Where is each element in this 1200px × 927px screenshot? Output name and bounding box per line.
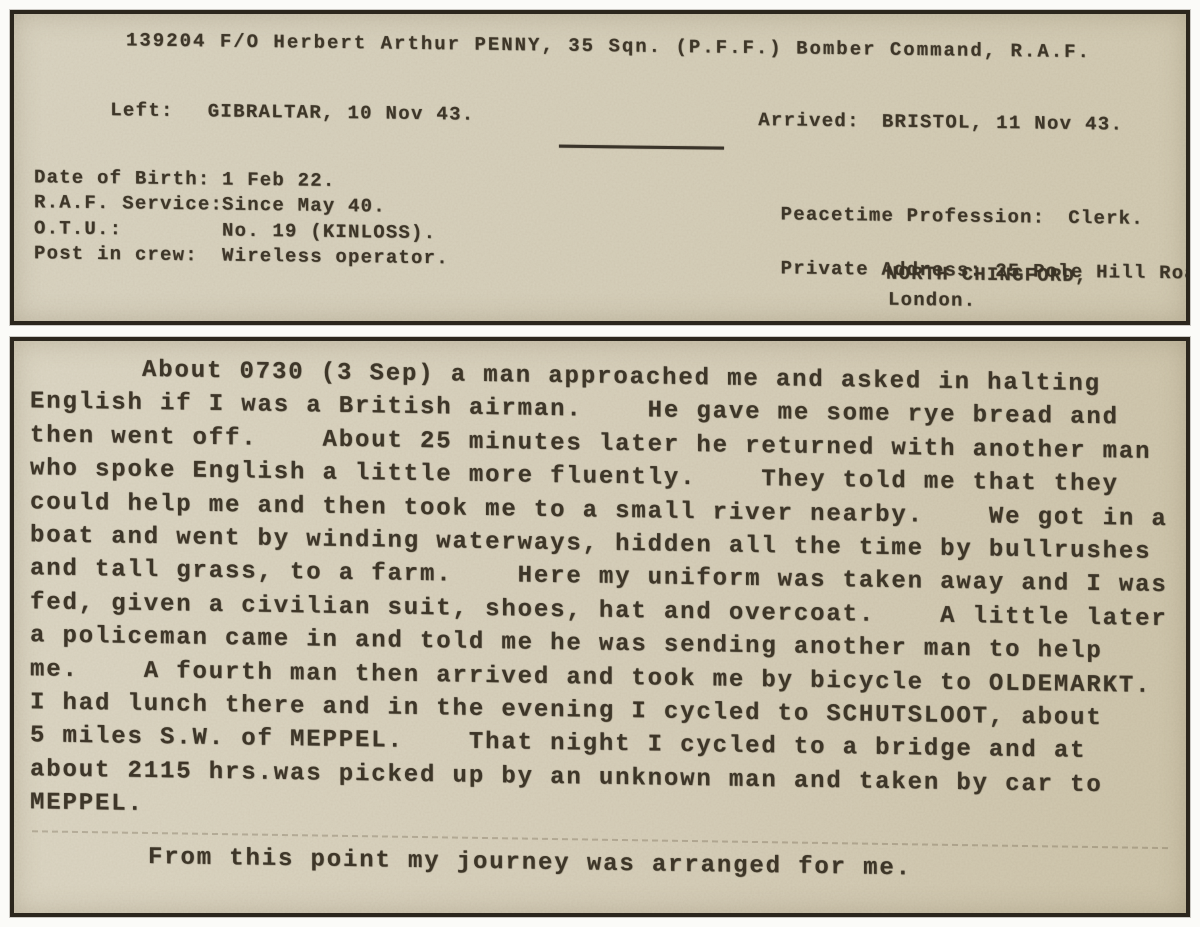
field-label: O.T.U.: [34,217,122,240]
left-value: GIBRALTAR, 10 Nov 43. [208,100,475,125]
arrived-label: Arrived: [758,109,860,132]
field-value: 1 Feb 22. [222,169,335,192]
airman-identity-line: 139204 F/O Herbert Arthur PENNY, 35 Sqn.… [126,29,1091,63]
field-value: Clerk. [1068,207,1144,230]
closing-line: From this point my journey was arranged … [30,840,1170,890]
service-record-content: 139204 F/O Herbert Arthur PENNY, 35 Sqn.… [14,14,1186,325]
field-label: Date of Birth: [34,166,210,190]
horizontal-rule [559,145,724,150]
field-label: R.A.F. Service: [34,191,223,215]
service-record-panel: 139204 F/O Herbert Arthur PENNY, 35 Sqn.… [10,10,1190,325]
escape-report-content: About 0730 (3 Sep) a man approached me a… [14,341,1186,917]
field-value: No. 19 (KINLOSS). [222,220,436,245]
field-label: Peacetime Profession: [781,203,1046,228]
escape-report-panel: About 0730 (3 Sep) a man approached me a… [10,337,1190,917]
arrived-value: BRISTOL, 11 Nov 43. [882,111,1123,136]
left-label: Left: [110,99,174,122]
arrival-row: Arrived:BRISTOL, 11 Nov 43. [682,86,1123,157]
field-label: Post in crew: [34,242,198,266]
field-value: Since May 40. [222,194,386,218]
field-value: Wireless operator. [222,245,449,270]
field-row-post-in-crew: Post in crew: Wireless operator. [14,242,704,325]
address-line-2: NORTH CHINGFORD, [886,263,1088,287]
address-line-3: London. [888,289,976,312]
departure-row: Left:GIBRALTAR, 10 Nov 43. [34,76,474,147]
